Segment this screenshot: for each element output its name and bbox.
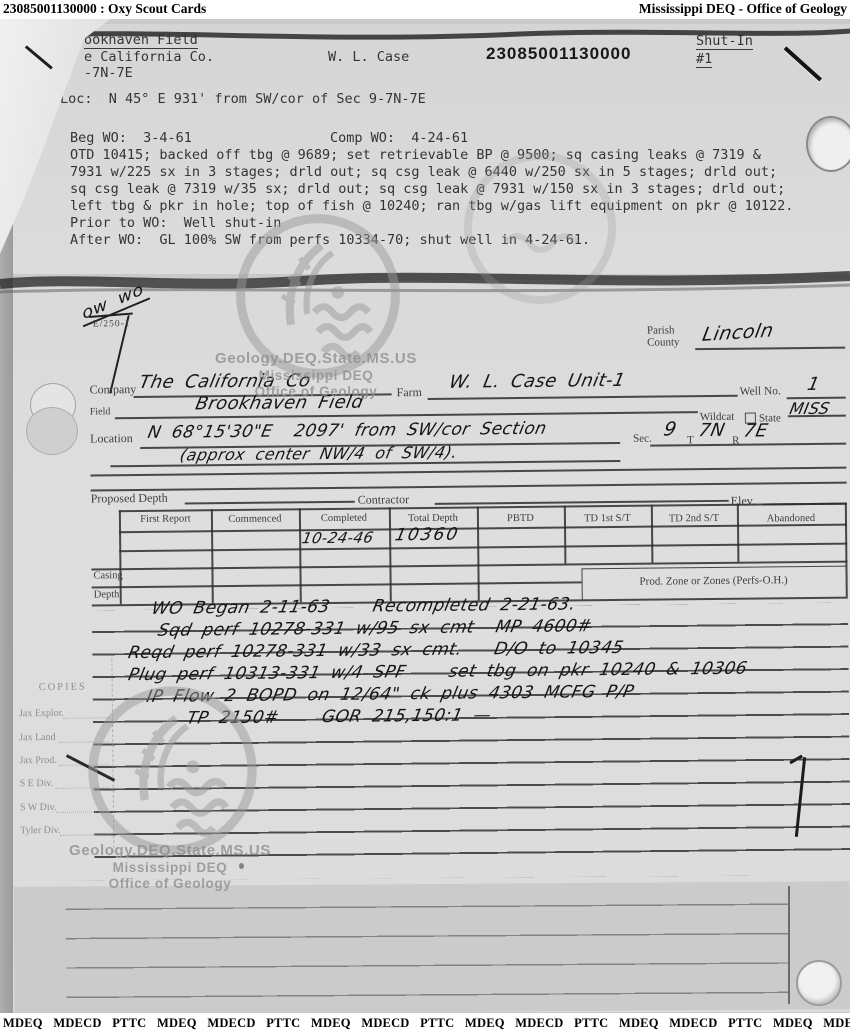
watermark-office: Office of Geology	[196, 384, 436, 399]
township-value: 7N	[697, 420, 727, 441]
mdeq-logo-watermark-arc	[455, 148, 625, 308]
depth-label: Depth	[94, 589, 120, 600]
range-value: 7E	[742, 420, 770, 441]
bottom-band-lines	[66, 875, 789, 1005]
scanned-document-page: ookhaven Field e California Co. W. L. Ca…	[0, 0, 850, 1033]
mdeq-logo-watermark	[80, 678, 265, 863]
copies-item: S E Div.	[20, 778, 54, 789]
total-depth-value: 10360	[393, 525, 461, 546]
proposed-depth-label: Proposed Depth	[91, 491, 168, 507]
table-header: Commenced	[213, 513, 297, 525]
parish-label: Parish	[647, 324, 675, 336]
hole-punch-mark	[26, 407, 78, 455]
copies-item: Jax Explor.	[19, 708, 64, 719]
copies-item: S W Div.	[20, 802, 57, 813]
paper-blemish-right	[806, 116, 850, 172]
table-border	[92, 581, 582, 588]
bottom-band-border	[788, 886, 790, 1004]
table-header: Total Depth	[391, 512, 475, 524]
sec-value: 9	[662, 418, 679, 440]
copies-item: Jax Prod.	[19, 755, 56, 766]
elev-label: Elev.	[731, 494, 755, 509]
form-number: E/250-1	[93, 319, 131, 329]
watermark-url: Geology.DEQ.State.MS.US	[50, 842, 290, 859]
document-id-title: 23085001130000 : Oxy Scout Cards	[3, 0, 206, 18]
sec-t-r-underline	[650, 443, 846, 447]
company-label: Company	[89, 382, 136, 397]
copies-item: Jax Land	[19, 732, 56, 743]
county-value: Lincoln	[701, 319, 776, 345]
ink-smudge	[239, 863, 244, 869]
watermark-office: Office of Geology	[50, 876, 290, 891]
agency-title: Mississippi DEQ - Office of Geology	[639, 0, 847, 18]
table-header: PBTD	[479, 513, 562, 525]
table-border	[737, 504, 739, 562]
blank-rule	[91, 482, 847, 492]
completed-date-value: 10-24-46	[300, 529, 375, 548]
location-value-2: (approx center NW/4 of SW/4).	[178, 443, 459, 465]
viewer-footer-bar: MDEQ MDECD PTTC MDEQ MDECD PTTC MDEQ MDE…	[0, 1013, 850, 1033]
watermark-url: Geology.DEQ.State.MS.US	[196, 350, 436, 367]
location-label: Location	[90, 431, 133, 446]
watermark-org: Mississippi DEQ	[50, 860, 290, 875]
county-underline	[695, 347, 845, 350]
table-header: Abandoned	[739, 513, 843, 525]
state-value: MISS	[788, 399, 832, 418]
viewer-header-bar: 23085001130000 : Oxy Scout Cards Mississ…	[0, 0, 850, 19]
casing-label: Casing	[93, 570, 122, 581]
hole-punch-bottom-right	[796, 960, 842, 1006]
location-value-1: N 68°15'30"E 2097' from SW/cor Section	[146, 419, 548, 443]
copies-item: Tyler Div.	[20, 825, 60, 836]
watermark-org: Mississippi DEQ	[196, 368, 436, 383]
farm-underline	[428, 395, 738, 400]
blank-rule	[90, 467, 846, 477]
farm-value: W. L. Case Unit-1	[447, 370, 627, 393]
sec-label: Sec.	[633, 433, 652, 445]
table-header: Completed	[301, 512, 387, 524]
field-label: Field	[90, 406, 111, 417]
well-no-value: 1	[805, 374, 821, 395]
county-label: County	[647, 336, 680, 348]
table-header: First Report	[123, 513, 208, 525]
well-no-label: Well No.	[740, 385, 781, 397]
proposed-depth-underline	[185, 501, 355, 505]
table-header: TD 2nd S/T	[653, 513, 735, 525]
table-header: TD 1st S/T	[566, 513, 649, 525]
contractor-label: Contractor	[358, 492, 409, 508]
